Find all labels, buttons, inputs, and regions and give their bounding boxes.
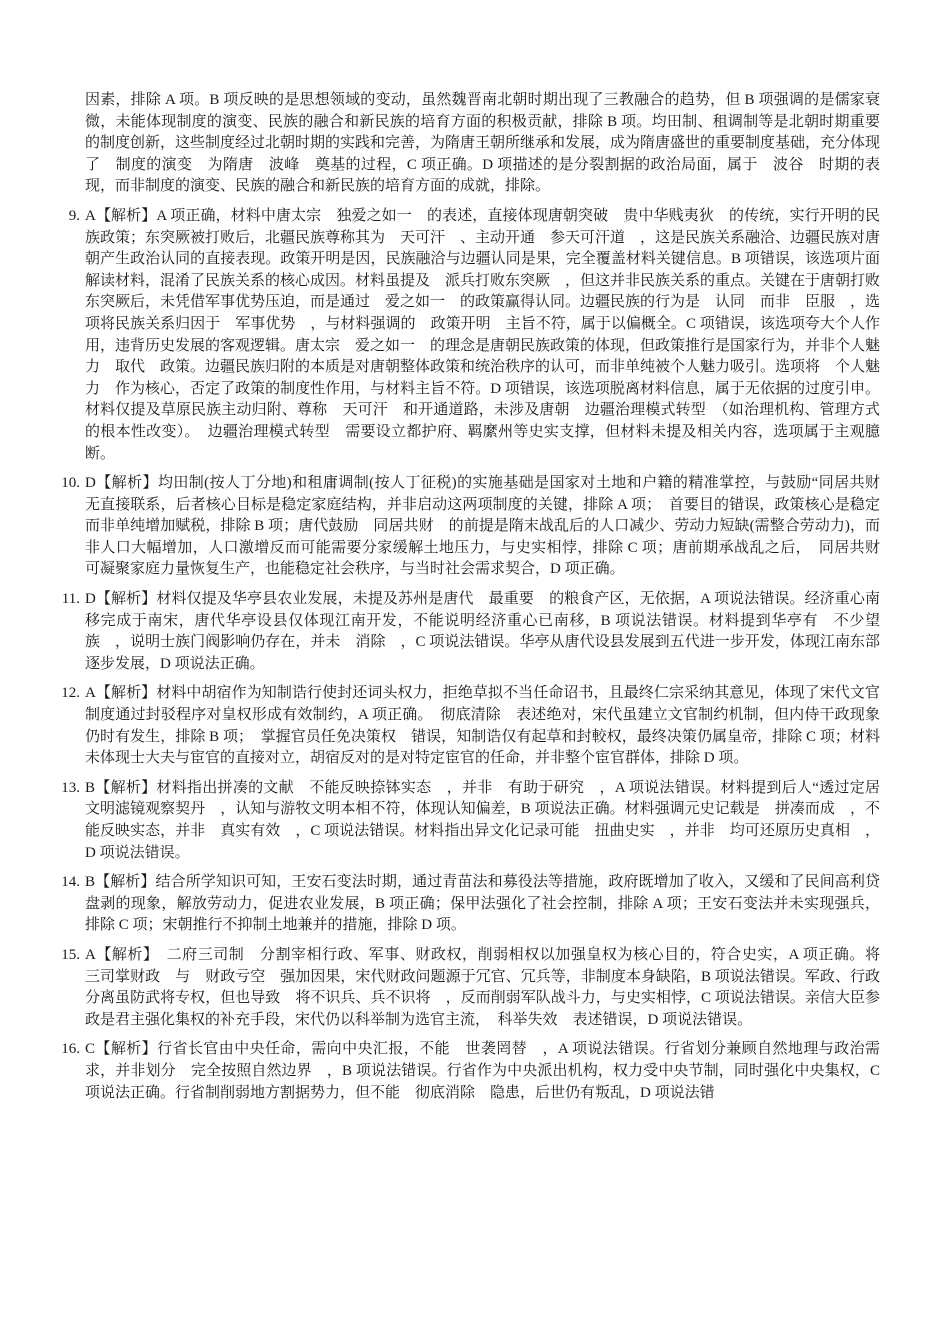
item-text: 因素，排除 A 项。B 项反映的是思想领域的变动，虽然魏晋南北朝时期出现了三教融…	[85, 92, 880, 194]
item-answer: C	[85, 1041, 95, 1057]
jiexi-label: 【解析】	[96, 208, 157, 224]
item-number: 15.	[56, 945, 80, 967]
item-number: 13.	[56, 778, 80, 800]
item-text: 材料指出拼凑的文献 不能反映捺钵实态 ，并非 有助于研究 ，A 项说法错误。材料…	[85, 780, 880, 861]
item-number: 11.	[56, 589, 80, 611]
jiexi-label: 【解析】	[96, 947, 151, 963]
item-answer: D	[85, 591, 96, 607]
jiexi-label: 【解析】	[96, 591, 157, 607]
item-text: 材料仅提及华亭县农业发展，未提及苏州是唐代 最重要 的粮食产区，无依据，A 项说…	[85, 591, 880, 672]
item-text: A 项正确，材料中唐太宗 独爱之如一 的表述，直接体现唐朝突破 贵中华贱夷狄 的…	[85, 208, 880, 462]
item-number: 10.	[56, 473, 80, 495]
jiexi-label: 【解析】	[95, 780, 156, 796]
jiexi-label: 【解析】	[95, 1041, 157, 1057]
item-16-explanation: 16.C【解析】行省长官由中央任命，需向中央汇报，不能 世袭罔替 ，A 项说法错…	[85, 1039, 880, 1104]
item-14-explanation: 14.B【解析】结合所学知识可知，王安石变法时期，通过青苗法和募役法等措施，政府…	[85, 872, 880, 937]
item-answer: A	[85, 208, 96, 224]
item-answer: B	[85, 780, 95, 796]
item-answer: D	[85, 475, 96, 491]
item-text: 均田制(按人丁分地)和租庸调制(按人丁征税)的实施基础是国家对土地和户籍的精准掌…	[85, 475, 895, 577]
item-9-explanation: 9.A【解析】A 项正确，材料中唐太宗 独爱之如一 的表述，直接体现唐朝突破 贵…	[85, 206, 880, 465]
item-text: 二府三司制 分割宰相行政、军事、财政权，削弱相权以加强皇权为核心目的，符合史实，…	[85, 947, 895, 1028]
item-text: 行省长官由中央任命，需向中央汇报，不能 世袭罔替 ，A 项说法错误。行省划分兼顾…	[85, 1041, 880, 1100]
item-8-continuation: 因素，排除 A 项。B 项反映的是思想领域的变动，虽然魏晋南北朝时期出现了三教融…	[85, 90, 880, 198]
item-11-explanation: 11.D【解析】材料仅提及华亭县农业发展，未提及苏州是唐代 最重要 的粮食产区，…	[85, 589, 880, 675]
item-10-explanation: 10.D【解析】均田制(按人丁分地)和租庸调制(按人丁征税)的实施基础是国家对土…	[85, 473, 880, 581]
document-page: 因素，排除 A 项。B 项反映的是思想领域的变动，虽然魏晋南北朝时期出现了三教融…	[0, 0, 950, 1344]
item-text: 材料中胡宿作为知制诰行使封还词头权力，拒绝草拟不当任命诏书，且最终仁宗采纳其意见…	[85, 685, 880, 766]
item-number: 9.	[56, 206, 80, 228]
jiexi-label: 【解析】	[96, 475, 158, 491]
jiexi-label: 【解析】	[96, 685, 156, 701]
item-number: 14.	[56, 872, 80, 894]
item-number: 16.	[56, 1039, 80, 1061]
item-13-explanation: 13.B【解析】材料指出拼凑的文献 不能反映捺钵实态 ，并非 有助于研究 ，A …	[85, 778, 880, 864]
item-number: 12.	[56, 683, 80, 705]
item-answer: A	[85, 947, 96, 963]
item-answer: B	[85, 874, 95, 890]
item-15-explanation: 15.A【解析】 二府三司制 分割宰相行政、军事、财政权，削弱相权以加强皇权为核…	[85, 945, 880, 1031]
item-answer: A	[85, 685, 96, 701]
item-text: 结合所学知识可知，王安石变法时期，通过青苗法和募役法等措施，政府既增加了收入，又…	[85, 874, 880, 933]
jiexi-label: 【解析】	[95, 874, 155, 890]
item-12-explanation: 12.A【解析】材料中胡宿作为知制诰行使封还词头权力，拒绝草拟不当任命诏书，且最…	[85, 683, 880, 769]
